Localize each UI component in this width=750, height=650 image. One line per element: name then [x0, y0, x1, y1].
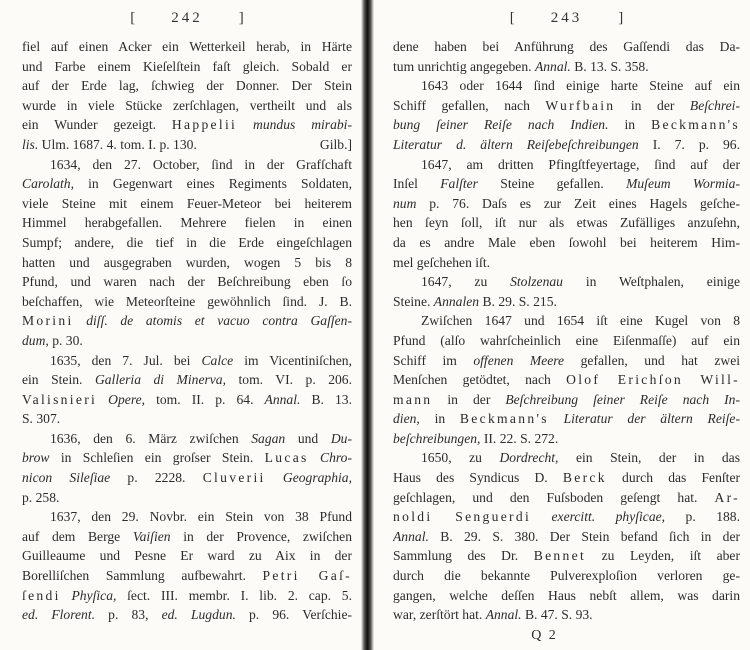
text-line: gangen, welche deſſen Haus nebſt allem, …: [393, 586, 740, 606]
text-line: 1647, zu Stolzenau in Weſtphalen, einige: [393, 272, 740, 292]
text-line: dien, in Beckmann's Literatur der ältern…: [393, 409, 740, 429]
text-line: brow in Schleſien ein groſser Stein. Luc…: [22, 448, 352, 468]
page-text-column: fiel auf einen Acker ein Wetterkeil hera…: [22, 37, 352, 625]
text-line: Pfund, und waren nach der Beſchreibung e…: [22, 272, 352, 292]
text-line: Inſel Falſter Steine gefallen. Muſeum Wo…: [393, 174, 740, 194]
page-number-header: [242]: [22, 8, 352, 28]
text-line: Himmel herabgefallen. Mehrere fielen in …: [22, 213, 352, 233]
text-line: Menſchen getödtet, nach Olof Erichſon Wi…: [393, 370, 740, 390]
text-line: 1636, den 6. März zwiſchen Sagan und Du-: [22, 429, 352, 449]
text-line: mel geſchehen iſt.: [393, 253, 740, 273]
text-line: dene haben bei Anführung des Gaſſendi da…: [393, 37, 740, 57]
text-line: mann in der Beſchreibung ſeiner Reiſe na…: [393, 390, 740, 410]
text-line: Valisnieri Opere, tom. II. p. 64. Annal.…: [22, 390, 352, 410]
text-line: und Farbe einem Kieſelſtein faſt gleich.…: [22, 57, 352, 77]
text-line: Borelliſchen Sammlung aufbewahrt. Petri …: [22, 566, 352, 586]
text-line: lis. Ulm. 1687. 4. tom. I. p. 130.Gilb.]: [22, 135, 352, 155]
text-line: Pfund (alſo wahrſcheinlich eine Eiſenmaſ…: [393, 331, 740, 351]
header-close-bracket: ]: [618, 8, 623, 28]
text-line: Steine. Annalen B. 29. S. 215.: [393, 292, 740, 312]
book-spread: [242] fiel auf einen Acker ein Wetterkei…: [0, 0, 750, 650]
text-line: Haus des Syndicus D. Berck durch das Fen…: [393, 468, 740, 488]
text-line: tum unrichtig angegeben. Annal. B. 13. S…: [393, 57, 740, 77]
page-number-header: [243]: [393, 8, 740, 28]
text-line: da es andre Male eben ſowohl bei heitere…: [393, 233, 740, 253]
text-line: S. 307.: [22, 409, 352, 429]
text-line: geſchlagen, und den Fuſsboden geſengt ha…: [393, 488, 740, 508]
page-number: 243: [551, 8, 583, 28]
text-line: auf dem Berge Vaiſien in der Provence, z…: [22, 527, 352, 547]
text-line: ed. Florent. p. 83, ed. Lugdun. p. 96. V…: [22, 605, 352, 625]
text-line: 1647, am dritten Pfingſtfeyertage, ſind …: [393, 155, 740, 175]
text-line: 1634, den 27. October, ſind in der Grafſ…: [22, 155, 352, 175]
text-line: 1643 oder 1644 ſind einige harte Steine …: [393, 76, 740, 96]
text-line: bung ſeiner Reiſe nach Indien. in Beckma…: [393, 115, 740, 135]
text-line: war, zerſtört hat. Annal. B. 47. S. 93.: [393, 605, 740, 625]
text-line: p. 258.: [22, 488, 352, 508]
header-open-bracket: [: [510, 8, 515, 28]
page-number: 242: [171, 8, 203, 28]
text-line: ein Wunder gezeigt. Happelii mundus mira…: [22, 115, 352, 135]
text-line: ein Stein. Galleria di Minerva, tom. VI.…: [22, 370, 352, 390]
text-line: noldi Senguerdi exercitt. phyſicae, p. 1…: [393, 507, 740, 527]
page-242: [242] fiel auf einen Acker ein Wetterkei…: [0, 0, 375, 650]
signature-mark: Q 2: [393, 626, 740, 646]
text-line: Sumpf; andere, die tief in die Erde eing…: [22, 233, 352, 253]
text-line: Schiff im offenen Meere gefallen, und ha…: [393, 351, 740, 371]
header-close-bracket: ]: [239, 8, 244, 28]
text-line: Schiff gefallen, nach Wurfbain in der Be…: [393, 96, 740, 116]
header-open-bracket: [: [130, 8, 135, 28]
text-line: beſchaffen, wie Meteorſteine gewöhnlich …: [22, 292, 352, 312]
text-line: 1650, zu Dordrecht, ein Stein, der in da…: [393, 448, 740, 468]
text-line: Guilleaume und Pesne Er ward zu Aix in d…: [22, 546, 352, 566]
text-line: Sammlung des Dr. Bennet zu Leyden, iſt a…: [393, 546, 740, 566]
text-line: 1637, den 29. Novbr. ein Stein von 38 Pf…: [22, 507, 352, 527]
text-line: viele Steine mit einem Feuer-Meteor bei …: [22, 194, 352, 214]
text-line: 1635, den 7. Jul. bei Calce im Vicentini…: [22, 351, 352, 371]
text-line: wurde in viele Stücke zerſchlagen, verth…: [22, 96, 352, 116]
page-243: [243] dene haben bei Anführung des Gaſſe…: [375, 0, 750, 650]
text-line: ſendi Phyſica, ſect. III. membr. I. lib.…: [22, 586, 352, 606]
text-line: auf der Erde lag, ſchwieg der Donner. De…: [22, 76, 352, 96]
text-line: num p. 76. Daſs es zur Zeit eines Hagels…: [393, 194, 740, 214]
text-line: hatten und ausgegraben wurden, wogen 5 b…: [22, 253, 352, 273]
text-line: Literatur d. ältern Reiſebeſchreibungen …: [393, 135, 740, 155]
text-line: dum, p. 30.: [22, 331, 352, 351]
text-line: Carolath, in Gegenwart eines Regiments S…: [22, 174, 352, 194]
text-line: beſchreibungen, II. 22. S. 272.: [393, 429, 740, 449]
text-line: Zwiſchen 1647 und 1654 iſt eine Kugel vo…: [393, 311, 740, 331]
text-line: durch die bekannte Pulverexploſion verlo…: [393, 566, 740, 586]
text-line: hen ſeyn ſoll, iſt nur als etwas Zufälli…: [393, 213, 740, 233]
text-line: fiel auf einen Acker ein Wetterkeil hera…: [22, 37, 352, 57]
text-line: Annal. B. 29. S. 380. Der Stein befand ſ…: [393, 527, 740, 547]
page-text-column: dene haben bei Anführung des Gaſſendi da…: [393, 37, 740, 625]
text-line: nicon Sileſiae p. 2228. Cluverii Geograp…: [22, 468, 352, 488]
text-line: Morini diſſ. de atomis et vacuo contra G…: [22, 311, 352, 331]
book-gutter-shadow: [361, 0, 374, 650]
